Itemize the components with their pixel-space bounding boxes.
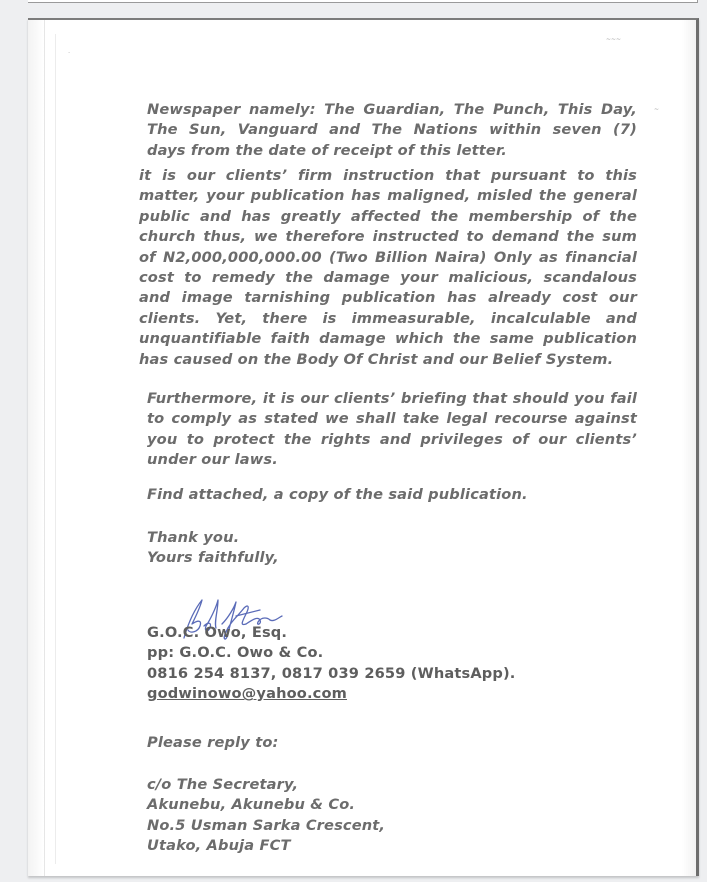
paragraph-line: matter, your publication has maligned, m…	[139, 186, 637, 206]
paragraph-line: to comply as stated we shall take legal …	[147, 409, 637, 429]
paragraph-line: it is our clients’ firm instruction that…	[139, 166, 637, 186]
opening-paragraph: Newspaper namely: The Guardian, The Punc…	[147, 100, 637, 161]
signatory-phones: 0816 254 8137, 0817 039 2659 (WhatsApp).	[147, 664, 516, 684]
paragraph-line: Newspaper namely: The Guardian, The Punc…	[147, 100, 637, 120]
scan-artifact: ·	[68, 50, 70, 57]
address-line: Akunebu, Akunebu & Co.	[147, 795, 385, 815]
signatory-name: G.O.C. Owo, Esq.	[147, 623, 516, 643]
paragraph-line: The Sun, Vanguard and The Nations within…	[147, 120, 637, 140]
furthermore-paragraph: Furthermore, it is our clients’ briefing…	[147, 389, 637, 471]
scan-margin-line	[55, 34, 56, 864]
paragraph-line: under our laws.	[147, 450, 637, 470]
attachment-note: Find attached, a copy of the said public…	[147, 485, 528, 505]
address-line: No.5 Usman Sarka Crescent,	[147, 816, 385, 836]
closing-thanks: Thank you.	[147, 528, 279, 548]
reply-to-label: Please reply to:	[147, 733, 279, 753]
address-line: c/o The Secretary,	[147, 775, 385, 795]
paragraph-line: you to protect the rights and privileges…	[147, 430, 637, 450]
paragraph-line: Furthermore, it is our clients’ briefing…	[147, 389, 637, 409]
paragraph-line: church thus, we therefore instructed to …	[139, 227, 637, 247]
signatory-email-link[interactable]: godwinowo@yahoo.com	[147, 684, 516, 704]
closing-valediction: Yours faithfully,	[147, 548, 279, 568]
reply-to-address: c/o The Secretary, Akunebu, Akunebu & Co…	[147, 775, 385, 857]
scan-artifact: ~	[654, 106, 659, 113]
demand-paragraph: it is our clients’ firm instruction that…	[139, 166, 637, 370]
paragraph-line: of N2,000,000,000.00 (Two Billion Naira)…	[139, 248, 637, 268]
scan-artifact: ~~~	[606, 36, 621, 43]
paragraph-line: public and has greatly affected the memb…	[139, 207, 637, 227]
paragraph-line: and image tarnishing publication has alr…	[139, 288, 637, 308]
address-line: Utako, Abuja FCT	[147, 836, 385, 856]
closing-block: Thank you. Yours faithfully,	[147, 528, 279, 569]
paragraph-line: clients. Yet, there is immeasurable, inc…	[139, 309, 637, 329]
signatory-block: G.O.C. Owo, Esq. pp: G.O.C. Owo & Co. 08…	[147, 623, 516, 705]
paragraph-line: unquantifiable faith damage which the sa…	[139, 329, 637, 349]
document-page: ~~~ · ~ Newspaper namely: The Guardian, …	[28, 18, 699, 876]
signatory-firm: pp: G.O.C. Owo & Co.	[147, 643, 516, 663]
scan-edge	[28, 20, 45, 876]
previous-page-edge	[28, 0, 698, 3]
paragraph-line: has caused on the Body Of Christ and our…	[139, 350, 637, 370]
paragraph-line: days from the date of receipt of this le…	[147, 141, 637, 161]
scan-shadow	[682, 20, 696, 876]
paragraph-line: cost to remedy the damage your malicious…	[139, 268, 637, 288]
